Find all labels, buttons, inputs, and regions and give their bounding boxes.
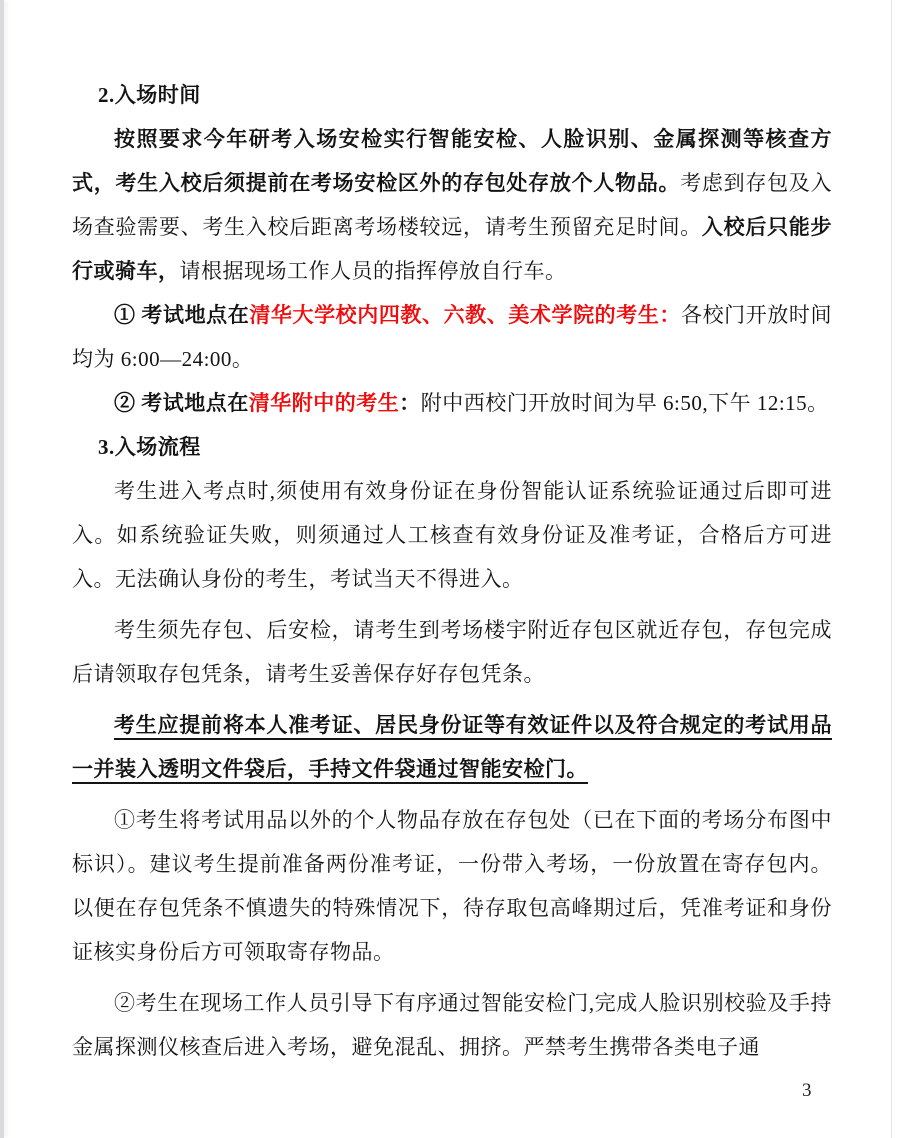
- text-run: 附中西校门开放时间为早 6:50,下午 12:15。: [421, 391, 829, 415]
- paragraph-storage-advice: ①考生将考试用品以外的个人物品存放在存包处（已在下面的考场分布图中标识）。建议考…: [72, 798, 832, 974]
- section-heading-entry-process: 3.入场流程: [72, 425, 832, 469]
- text-run: 清华大学校内四教、六教、美术学院的考生：: [249, 303, 681, 327]
- paragraph-orderly-passage: ②考生在现场工作人员引导下有序通过智能安检门,完成人脸识别校验及手持金属探测仪核…: [72, 981, 832, 1069]
- text-run: 考生进入考点时,须使用有效身份证在身份智能认证系统验证通过后即可进入。如系统验证…: [72, 479, 832, 591]
- text-run: ②考生在现场工作人员引导下有序通过智能安检门,完成人脸识别校验及手持金属探测仪核…: [72, 991, 832, 1059]
- document-page: 2.入场时间按照要求今年研考入场安检实行智能安检、人脸识别、金属探测等核查方式，…: [0, 0, 898, 1138]
- text-run: 考生应提前将本人准考证、居民身份证等有效证件以及符合规定的考试用品一并装入透明文…: [72, 713, 832, 781]
- document-body: 2.入场时间按照要求今年研考入场安检实行智能安检、人脸识别、金属探测等核查方式，…: [72, 73, 832, 1069]
- text-run: ① 考试地点在: [114, 303, 249, 327]
- text-run: ①考生将考试用品以外的个人物品存放在存包处（已在下面的考场分布图中标识）。建议考…: [72, 808, 832, 964]
- text-run: 3.入场流程: [98, 435, 201, 459]
- page-number: 3: [802, 1077, 812, 1105]
- text-run: 考生须先存包、后安检，请考生到考场楼宇附近存包区就近存包，存包完成后请领取存包凭…: [72, 618, 832, 686]
- paragraph-location-tsinghua-campus: ① 考试地点在清华大学校内四教、六教、美术学院的考生：各校门开放时间均为 6:0…: [72, 293, 832, 381]
- text-run: ② 考试地点在: [114, 391, 249, 415]
- paragraph-identity-verification: 考生进入考点时,须使用有效身份证在身份智能认证系统验证通过后即可进入。如系统验证…: [72, 469, 832, 601]
- paragraph-transparent-bag-rule: 考生应提前将本人准考证、居民身份证等有效证件以及符合规定的考试用品一并装入透明文…: [72, 703, 832, 791]
- text-run: 请根据现场工作人员的指挥停放自行车。: [180, 259, 567, 283]
- page-right-edge: [891, 0, 892, 1138]
- section-heading-entry-time: 2.入场时间: [72, 73, 832, 117]
- text-run: ：: [399, 391, 421, 415]
- paragraph-bag-storage-first: 考生须先存包、后安检，请考生到考场楼宇附近存包区就近存包，存包完成后请领取存包凭…: [72, 608, 832, 696]
- text-run: 2.入场时间: [98, 83, 201, 107]
- text-run: 清华附中的考生: [249, 391, 400, 415]
- paragraph-location-affiliated-school: ② 考试地点在清华附中的考生：附中西校门开放时间为早 6:50,下午 12:15…: [72, 381, 832, 425]
- paragraph-security-check: 按照要求今年研考入场安检实行智能安检、人脸识别、金属探测等核查方式，考生入校后须…: [72, 117, 832, 293]
- page-left-edge: [0, 0, 4, 1138]
